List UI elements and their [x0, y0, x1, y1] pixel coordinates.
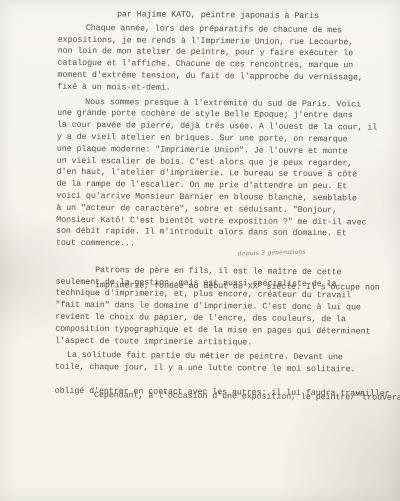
text-line: fixé à un mois-et-demi. [57, 82, 377, 97]
handwritten-annotation: depuis 3 générations [226, 246, 306, 260]
text-line: tout commence... [56, 238, 376, 253]
text-line: l'aspect de toute imprimerie artistique. [55, 335, 375, 350]
paragraph-4: La solitude fait partie du métier de pei… [55, 350, 375, 400]
typewritten-text-block: par Hajime KATO, peintre japonais à Pari… [0, 8, 400, 403]
document-byline: par Hajime KATO, peintre japonais à Pari… [58, 9, 378, 24]
paragraph-2: Nous sommes presque à l'extrémité du sud… [56, 96, 377, 252]
paragraph-1: Chaque année, lors des préparatifs de ch… [57, 23, 378, 97]
paragraph-3: depuis 3 générationsPatrons de père en f… [55, 253, 376, 350]
scanned-document-page: par Hajime KATO, peintre japonais à Pari… [0, 0, 400, 501]
